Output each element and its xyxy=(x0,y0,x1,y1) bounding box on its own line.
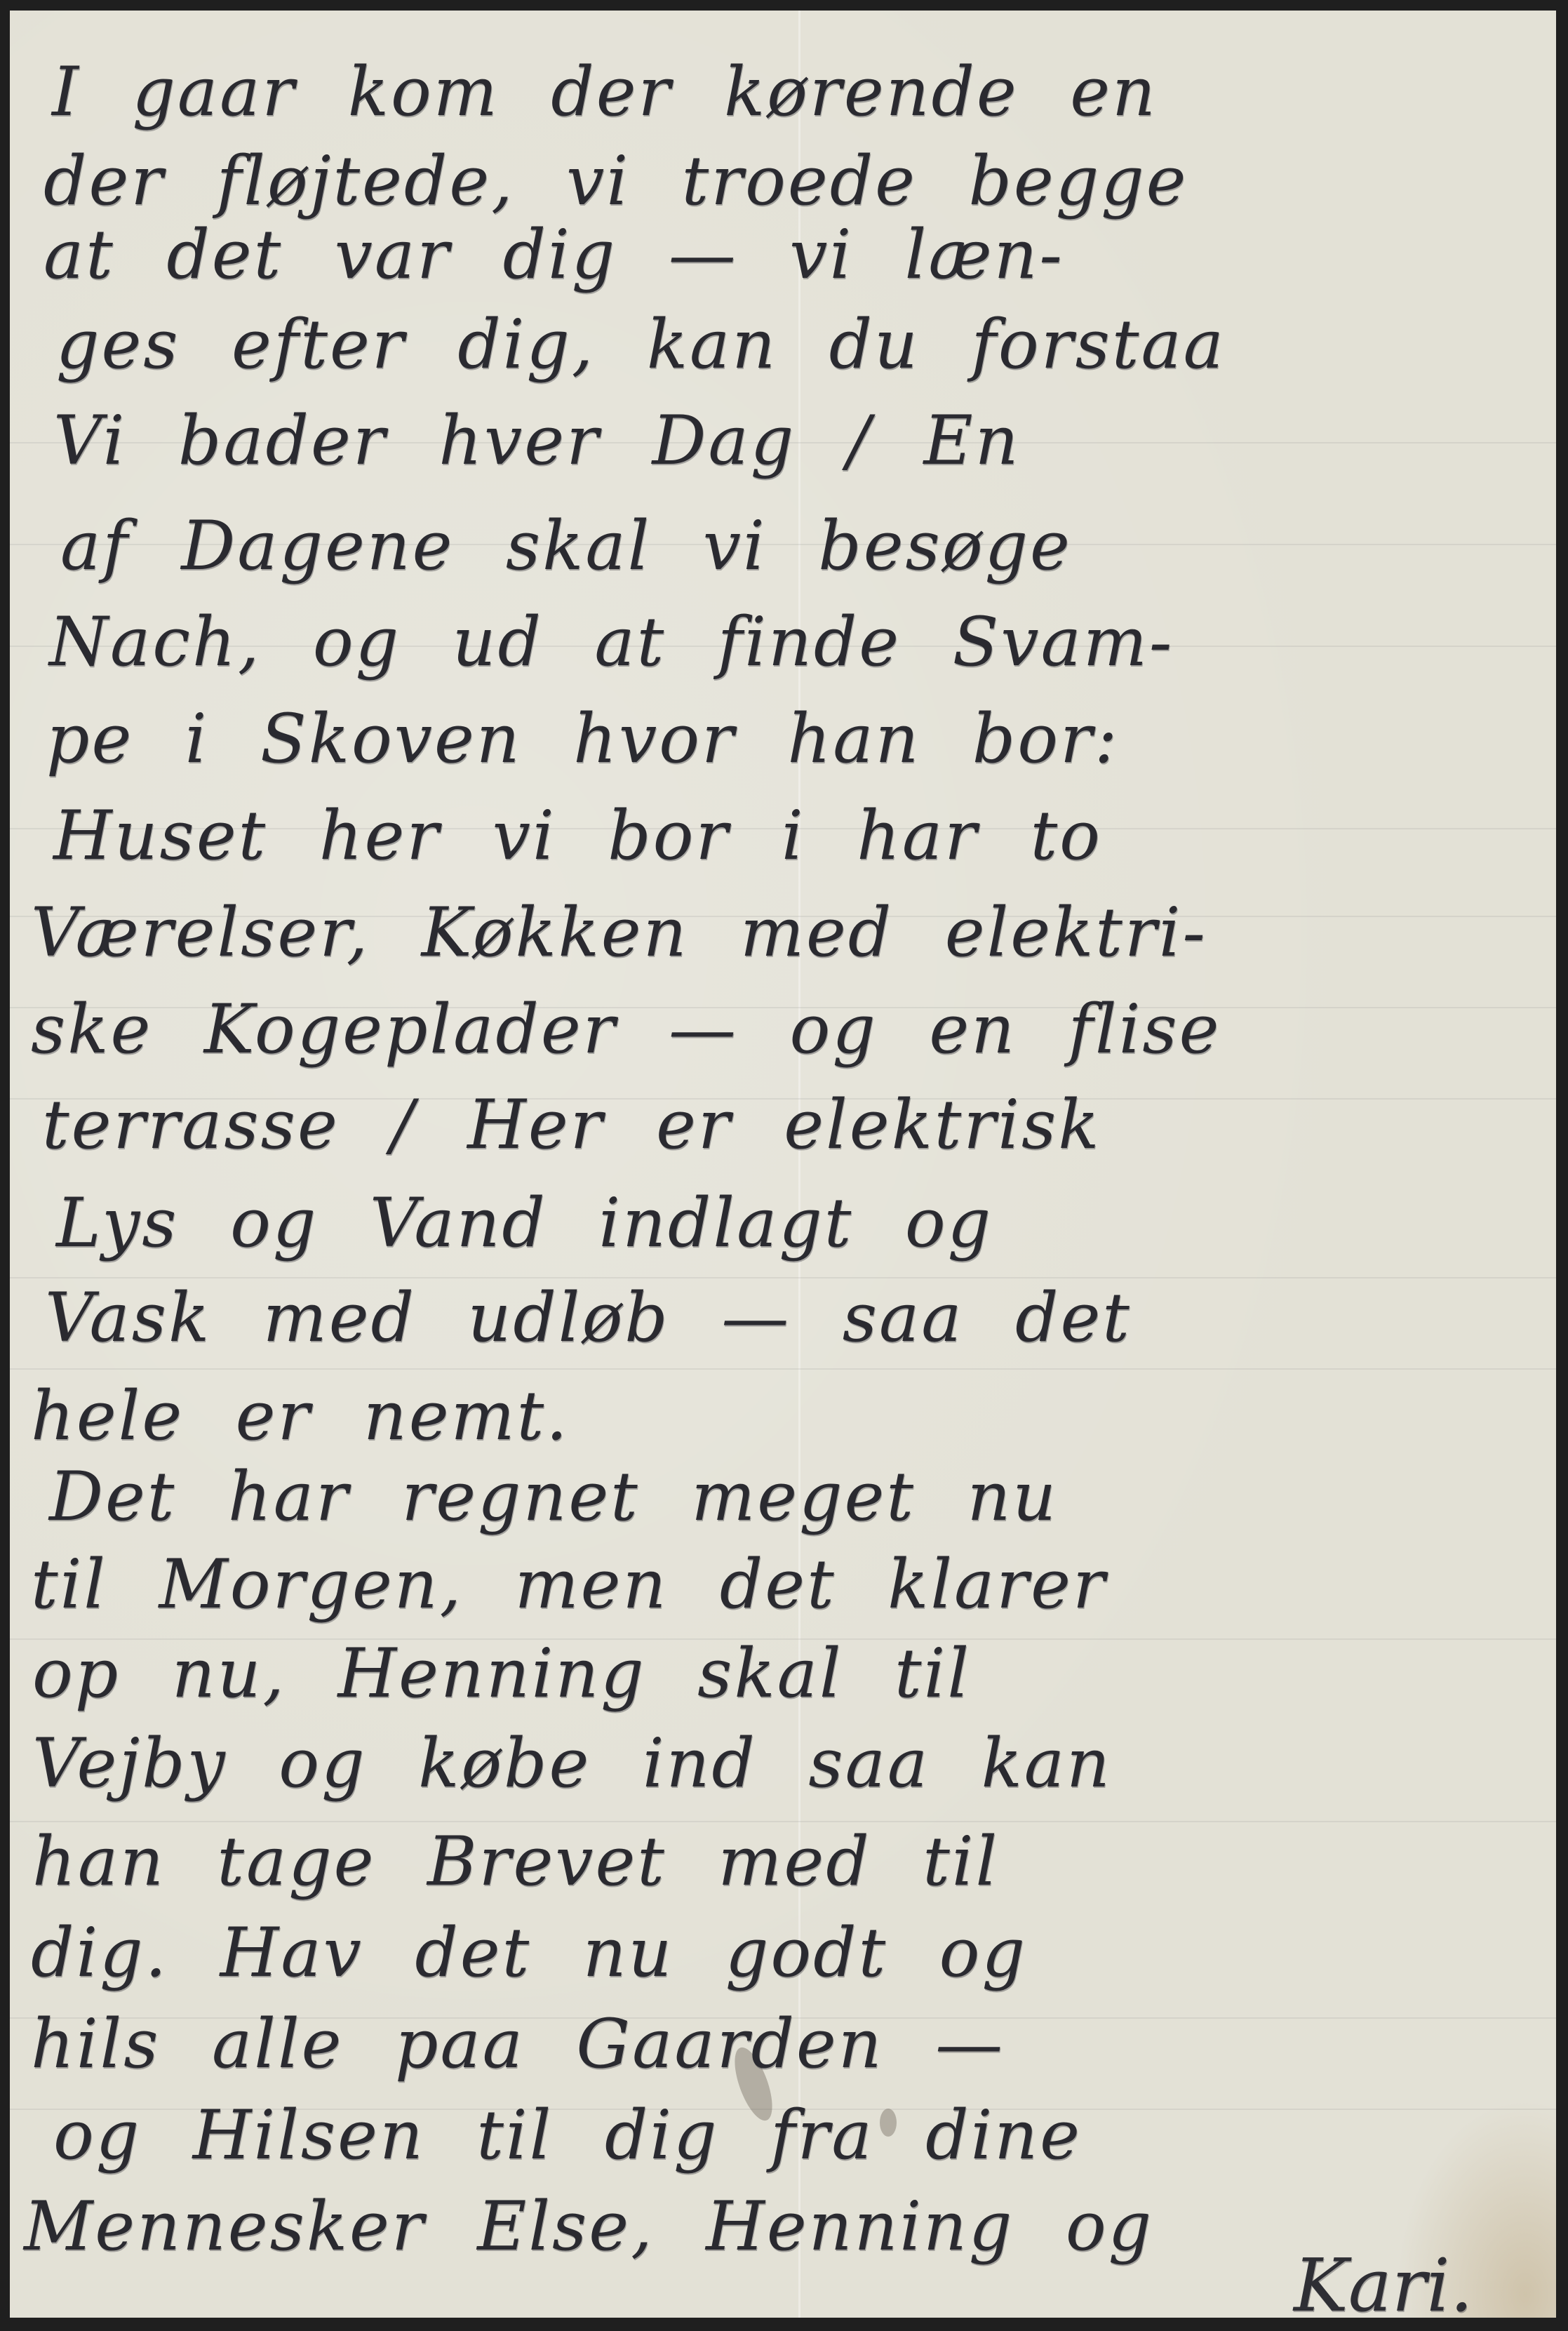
letter-line: Vi bader hver Dag / En xyxy=(53,407,1020,474)
letter-line: Lys og Vand indlagt og xyxy=(56,1189,993,1257)
letter-line: der fløjtede, vi troede begge xyxy=(43,147,1188,215)
letter-line: Det har regnet meget nu xyxy=(49,1463,1058,1530)
letter-line: Vask med udløb — saa det xyxy=(45,1284,1132,1351)
letter-line: og Hilsen til dig fra dine xyxy=(53,2102,1082,2169)
letter-line: hils alle paa Gaarden — xyxy=(31,2010,1005,2078)
signature: Kari. xyxy=(1294,2249,1473,2322)
letter-line: dig. Hav det nu godt og xyxy=(31,1919,1027,1986)
letter-line: ges efter dig, kan du forstaa xyxy=(56,311,1226,378)
letter-line: Vejby og købe ind saa kan xyxy=(32,1730,1112,1797)
letter-line: ske Kogeplader — og en flise xyxy=(31,996,1221,1063)
letter-line: at det var dig — vi læn- xyxy=(43,221,1064,288)
letter-line: Nach, og ud at finde Svam- xyxy=(49,608,1174,676)
letter-page: I gaar kom der kørende en der fløjtede, … xyxy=(10,11,1556,2318)
letter-line: til Morgen, men det klarer xyxy=(31,1551,1107,1618)
letter-line: hele er nemt. xyxy=(31,1382,570,1450)
letter-line: pe i Skoven hvor han bor: xyxy=(46,705,1119,773)
letter-line: Værelser, Køkken med elektri- xyxy=(31,899,1207,966)
letter-line: terrasse / Her er elektrisk xyxy=(42,1091,1101,1158)
ruled-line xyxy=(10,1368,1556,1370)
letter-line: Mennesker Else, Henning og xyxy=(24,2193,1153,2260)
letter-line: af Dagene skal vi besøge xyxy=(60,512,1072,580)
letter-line: han tage Brevet med til xyxy=(32,1828,999,1895)
letter-line: op nu, Henning skal til xyxy=(32,1640,971,1707)
letter-line: Huset her vi bor i har to xyxy=(53,802,1102,869)
letter-line: I gaar kom der kørende en xyxy=(52,58,1158,126)
